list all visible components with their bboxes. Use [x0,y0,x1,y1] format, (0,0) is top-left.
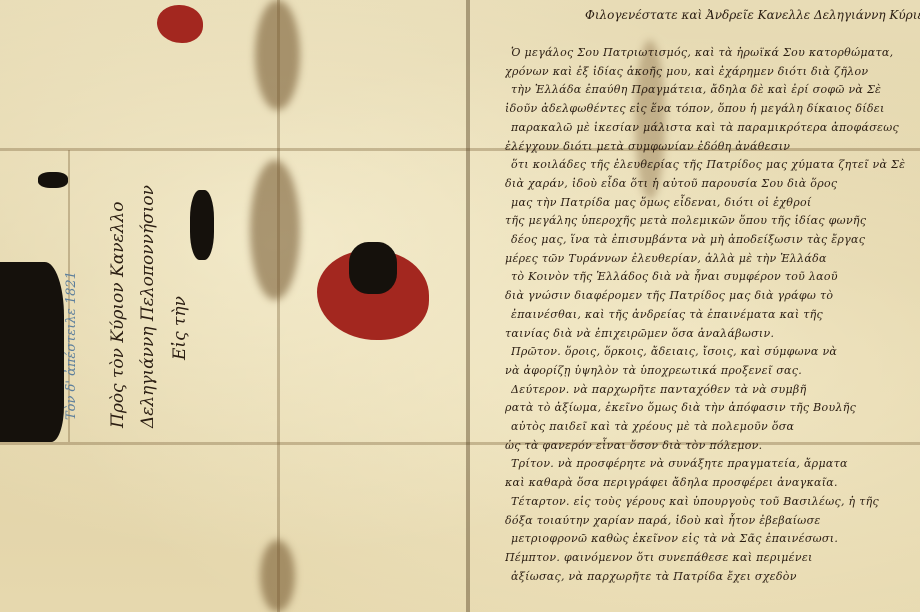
letter-line: ρατὰ τὸ ἀξίωμα, ἐκεῖνο ὅμως διὰ τὴν ἀπόφ… [505,399,920,418]
letter-line: μας τὴν Πατρίδα μας ὅμως εἶδεναι, διότι … [511,194,920,213]
letter-line: ὅτι κοιλάδες τῆς ἐλευθερίας τῆς Πατρίδος… [511,156,920,175]
letter-line: Τέταρτον. εἰς τοὺς γέρους καὶ ὑπουργοὺς … [511,493,920,512]
wax-seal [317,250,429,340]
letter-line: νὰ ἀφορίζῃ ὑψηλὸν τὰ ὑποχρεωτικά προξενε… [505,362,920,381]
letter-line: Ὁ μεγάλος Σου Πατριωτισμός, καὶ τὰ ἡρωϊκ… [511,44,920,63]
letter-line: ἐλέγχουν διότι μετὰ συμφωνίαν ἐδόθη ἀνάθ… [505,138,920,157]
letter-line: μέρες τῶν Τυράννων ἐλευθερίαν, ἀλλὰ μὲ τ… [505,250,920,269]
letter-line: ἀξίωσας, νὰ παρχωρῆτε τὰ Πατρίδα ἔχει σχ… [511,568,920,587]
center-fold [466,0,470,612]
letter-line: ταινίας διὰ νὰ ἐπιχειρῶμεν ὅσα ἀναλάβωσι… [505,325,920,344]
address-line: Εἰς τὴν [170,296,190,360]
letter-line: Πρῶτον. ὅροις, ὅρκοις, ἄδειαις, ἴσοις, κ… [511,343,920,362]
stain [260,540,295,612]
letter-line: καὶ καθαρὰ ὅσα περιγράφει ἄδηλα προσφέρε… [505,474,920,493]
letter-line: ὡς τὰ φανερόν εἶναι ὅσον διὰ τὸν πόλεμον… [505,437,920,456]
torn-hole [0,262,64,442]
letter-line: τῆς μεγάλης ὑπεροχῆς μετὰ πολεμικῶν ὅπου… [505,212,920,231]
letter-line: τὴν Ἑλλάδα ἐπαύθη Πραγμάτεια, ἄδηλα δὲ κ… [511,81,920,100]
letter-line: αὐτὸς παιδεῖ καὶ τὰ χρέους μὲ τὰ πολεμοῦ… [511,418,920,437]
letter-line: δόξα τοιαύτην χαρίαν παρά, ἰδοὺ καὶ ἦτον… [505,512,920,531]
letter-body: Φιλογενέστατε καὶ Ἀνδρεῖε Κανελλε Δεληγι… [505,8,920,586]
letter-heading: Φιλογενέστατε καὶ Ἀνδρεῖε Κανελλε Δεληγι… [585,8,920,22]
address-block: Τὸν δ' ἀπέστειλε 1821 Πρὸς τὸν Κύριον Κα… [60,170,260,430]
wax-seal [157,5,203,43]
manuscript-sheet: Τὸν δ' ἀπέστειλε 1821 Πρὸς τὸν Κύριον Κα… [0,0,920,612]
letter-line: δέος μας, ἵνα τὰ ἐπισυμβάντα νὰ μὴ ἀποδε… [511,231,920,250]
letter-line: παρακαλῶ μὲ ἱκεσίαν μάλιστα καὶ τὰ παραμ… [511,119,920,138]
letter-line: Τρίτον. νὰ προσφέρητε νὰ συνάξητε πραγμα… [511,455,920,474]
seal-hole [349,242,397,294]
letter-line: διὰ χαράν, ἰδοὺ εἶδα ὅτι ἡ αὐτοῦ παρουσί… [505,175,920,194]
letter-line: διὰ γνώσιν διαφέρομεν τῆς Πατρίδος μας δ… [505,287,920,306]
letter-line: Πέμπτον. φαινόμενον ὅτι συνεπάθεσε καὶ π… [505,549,920,568]
letter-line: τὸ Κοινὸν τῆς Ἑλλάδος διὰ νὰ ἦναι συμφέρ… [511,268,920,287]
address-line: Δεληγιάννη Πελοποννήσιον [138,185,158,428]
blue-annotation: Τὸν δ' ἀπέστειλε 1821 [64,271,79,420]
letter-line: χρόνων καὶ ἐξ ἰδίας ἀκοῆς μου, καὶ ἐχάρη… [505,63,920,82]
letter-line: μετριοφρονῶ καθὼς ἐκεῖνον εἰς τὰ νὰ Σᾶς … [511,530,920,549]
stain [255,0,300,110]
letter-line: ἐπαινέσθαι, καὶ τῆς ἀνδρείας τὰ ἐπαινέμα… [511,306,920,325]
letter-line: Δεύτερον. νὰ παρχωρῆτε πανταχόθεν τὰ νὰ … [511,381,920,400]
address-line: Πρὸς τὸν Κύριον Κανελλο [108,202,128,428]
letter-line: ἰδοῦν ἀδελφωθέντες εἰς ἕνα τόπον, ὅπου ἡ… [505,100,920,119]
